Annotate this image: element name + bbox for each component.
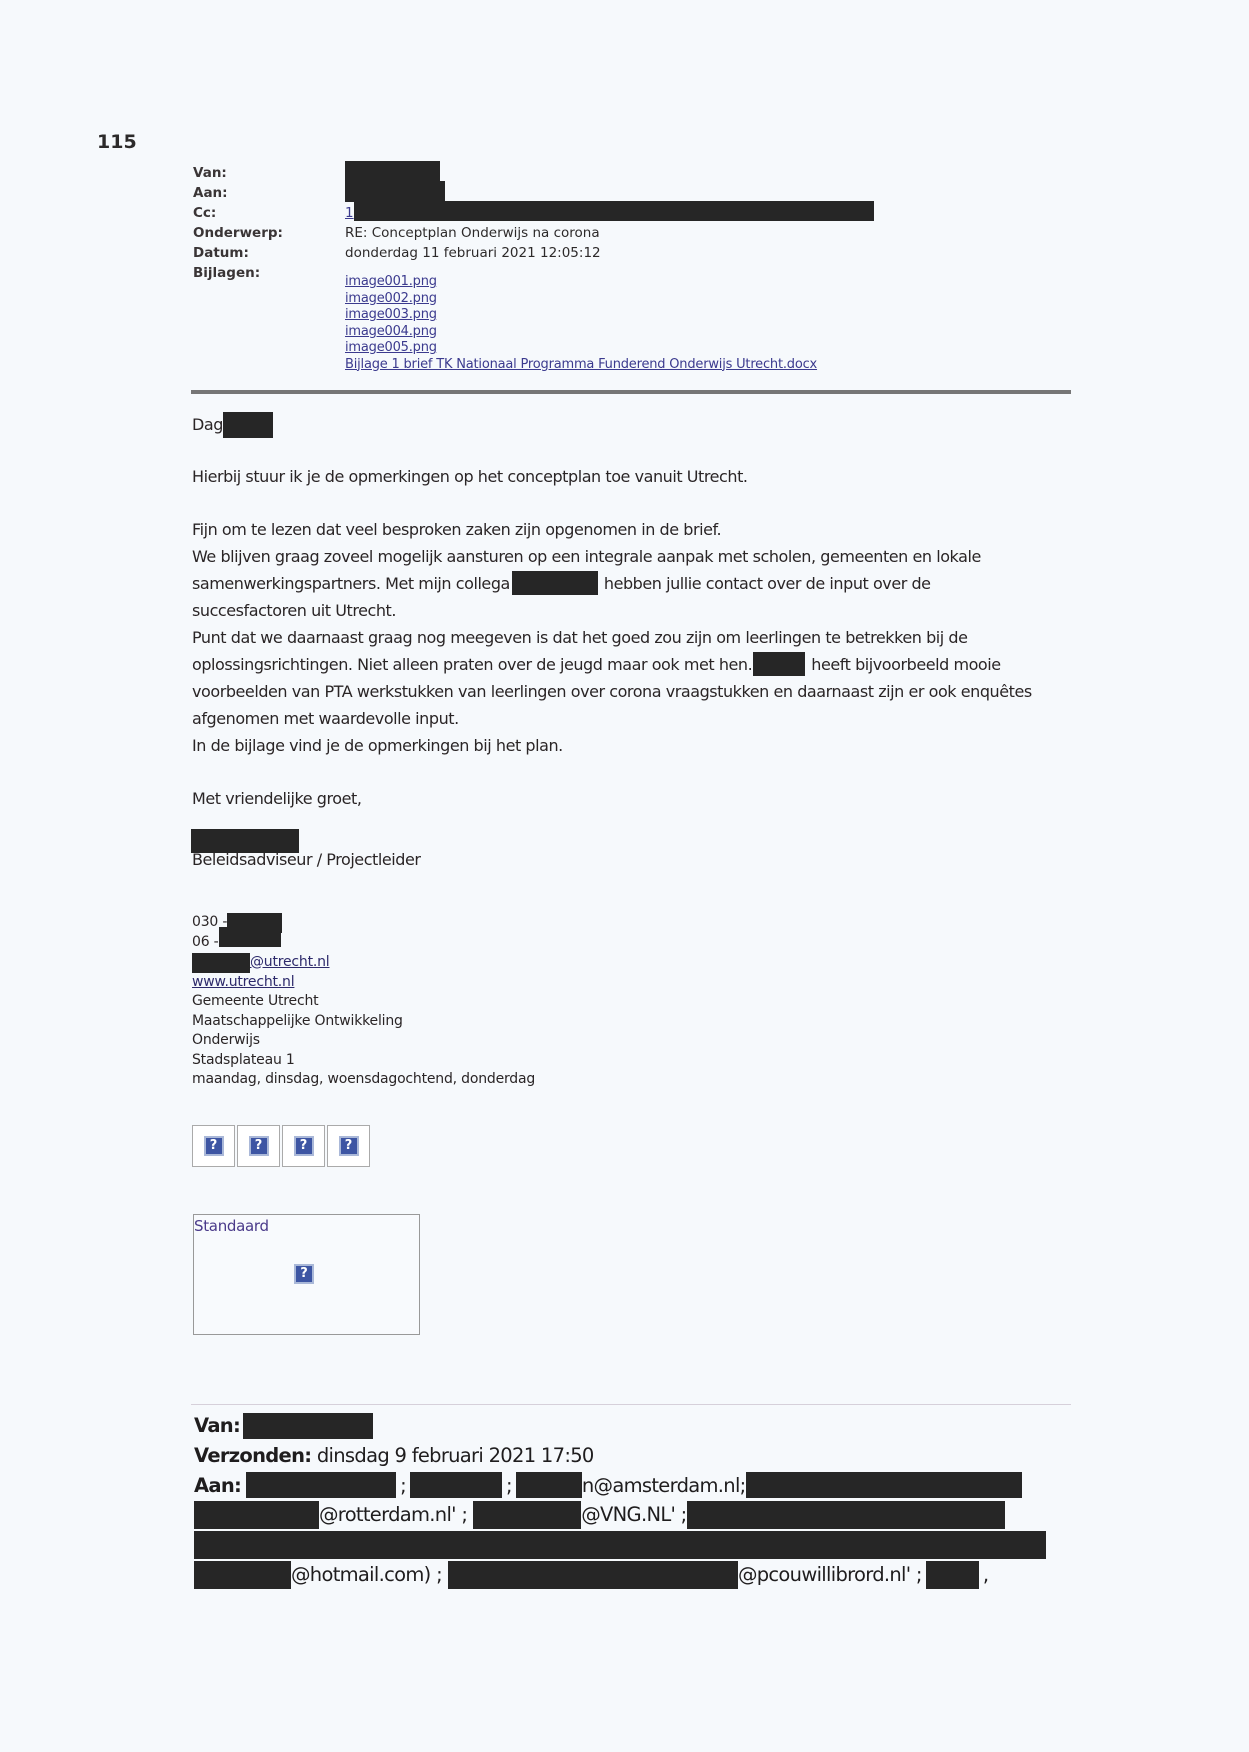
redacted-to	[345, 181, 445, 202]
department: Maatschappelijke Ontwikkeling	[192, 1012, 535, 1032]
subject-value: RE: Conceptplan Onderwijs na corona	[345, 223, 874, 243]
redacted-phone	[219, 927, 281, 947]
fwd-sent-label: Verzonden:	[194, 1444, 311, 1467]
image-placeholder[interactable]: ?	[237, 1125, 280, 1167]
email: @utrecht.nl	[192, 953, 535, 973]
redacted-colleague	[512, 571, 598, 595]
redacted-cc	[354, 201, 874, 221]
email-header-labels: Van: Aan: Cc: Onderwerp: Datum: Bijlagen…	[193, 163, 283, 283]
forwarded-to-line1: Aan:;;n@amsterdam.nl;	[194, 1472, 1022, 1500]
address: Stadsplateau 1	[192, 1051, 535, 1071]
broken-image-icon: ?	[294, 1136, 314, 1156]
redacted-sender	[243, 1413, 373, 1439]
greeting: Dag	[192, 415, 223, 434]
website-link[interactable]: www.utrecht.nl	[192, 974, 294, 990]
redacted-recipient	[194, 1561, 291, 1589]
label-to: Aan:	[193, 183, 283, 203]
forward-divider	[191, 1404, 1071, 1405]
forwarded-from: Van:	[194, 1412, 373, 1440]
image-placeholder[interactable]: ?	[327, 1125, 370, 1167]
closing: Met vriendelijke groet,	[192, 785, 361, 812]
redacted-recipient-line	[194, 1531, 1046, 1559]
body-text-fragment: hebben jullie contact over de input over…	[604, 574, 931, 593]
page-number: 115	[97, 131, 137, 153]
redacted-recipient	[473, 1501, 581, 1529]
attachment-link[interactable]: image004.png	[345, 324, 817, 341]
label-attachments: Bijlagen:	[193, 263, 283, 283]
redacted-name	[223, 412, 273, 438]
attachment-link[interactable]: image001.png	[345, 274, 817, 291]
redacted-email-user	[192, 953, 250, 973]
recipient-email: @pcouwillibrord.nl' ;	[738, 1563, 922, 1586]
unit: Onderwijs	[192, 1031, 535, 1051]
forwarded-to-line4: @hotmail.com) ;@pcouwillibrord.nl' ;,	[194, 1561, 988, 1589]
body-paragraphs: Fijn om te lezen dat veel besproken zake…	[192, 516, 1032, 759]
recipient-email: @VNG.NL' ;	[581, 1503, 686, 1526]
greeting-line: Dag	[192, 412, 273, 438]
cc-prefix: 1	[345, 205, 354, 221]
body-line: afgenomen met waardevolle input.	[192, 705, 1032, 732]
fwd-to-label: Aan:	[194, 1474, 241, 1497]
email-link[interactable]: @utrecht.nl	[250, 954, 330, 970]
body-line: oplossingsrichtingen. Niet alleen praten…	[192, 651, 1032, 678]
date-value: donderdag 11 februari 2021 12:05:12	[345, 243, 874, 263]
redacted-recipient	[194, 1501, 319, 1529]
label-cc: Cc:	[193, 203, 283, 223]
recipient-email: n@amsterdam.nl;	[582, 1474, 746, 1497]
attachment-link[interactable]: image003.png	[345, 307, 817, 324]
body-text-fragment: oplossingsrichtingen. Niet alleen praten…	[192, 655, 752, 674]
attachment-link[interactable]: Bijlage 1 brief TK Nationaal Programma F…	[345, 357, 817, 374]
org-name: Gemeente Utrecht	[192, 992, 535, 1012]
body-line: succesfactoren uit Utrecht.	[192, 597, 1032, 624]
intro-paragraph: Hierbij stuur ik je de opmerkingen op he…	[192, 463, 748, 490]
body-line: Fijn om te lezen dat veel besproken zake…	[192, 516, 1032, 543]
redacted-recipient	[687, 1501, 1005, 1529]
broken-image-icon: ?	[249, 1136, 269, 1156]
body-line: In de bijlage vind je de opmerkingen bij…	[192, 732, 1032, 759]
recipient-email: @hotmail.com) ;	[291, 1563, 442, 1586]
social-icons-row: ? ? ? ?	[192, 1125, 370, 1167]
header-divider	[191, 390, 1071, 394]
signature-block: 030 - 06 - @utrecht.nl www.utrecht.nl Ge…	[192, 913, 535, 1090]
attachment-link[interactable]: image002.png	[345, 291, 817, 308]
forwarded-sent: Verzonden: dinsdag 9 februari 2021 17:50	[194, 1442, 594, 1470]
signature-title: Beleidsadviseur / Projectleider	[192, 846, 421, 873]
phone-mobile: 06 -	[192, 933, 535, 953]
phone-prefix: 06 -	[192, 934, 219, 950]
fwd-sent-value: dinsdag 9 februari 2021 17:50	[311, 1444, 593, 1467]
redacted-recipient	[246, 1472, 396, 1498]
separator: ;	[506, 1474, 512, 1497]
attachment-link[interactable]: image005.png	[345, 340, 817, 357]
separator: ;	[400, 1474, 406, 1497]
standard-label: Standaard	[194, 1217, 269, 1235]
redacted-recipient	[926, 1561, 979, 1589]
image-placeholder[interactable]: ?	[192, 1125, 235, 1167]
email-header-values: 1 RE: Conceptplan Onderwijs na corona do…	[345, 163, 874, 263]
label-date: Datum:	[193, 243, 283, 263]
redacted-recipient	[516, 1472, 582, 1498]
label-from: Van:	[193, 163, 283, 183]
label-subject: Onderwerp:	[193, 223, 283, 243]
redacted-recipient	[746, 1472, 1022, 1498]
redacted-name	[753, 652, 805, 676]
redacted-recipient	[448, 1561, 738, 1589]
redacted-recipient	[410, 1472, 502, 1498]
separator: ,	[983, 1563, 989, 1586]
body-text-fragment: samenwerkingspartners. Met mijn collega	[192, 574, 510, 593]
recipient-email: @rotterdam.nl' ;	[319, 1503, 467, 1526]
workdays: maandag, dinsdag, woensdagochtend, donde…	[192, 1070, 535, 1090]
broken-image-icon: ?	[339, 1136, 359, 1156]
forwarded-to-line2: @rotterdam.nl' ;@VNG.NL' ;	[194, 1501, 1005, 1529]
body-line: voorbeelden van PTA werkstukken van leer…	[192, 678, 1032, 705]
body-line: We blijven graag zoveel mogelijk aanstur…	[192, 543, 1032, 570]
image-placeholder[interactable]: ?	[282, 1125, 325, 1167]
attachment-list: image001.png image002.png image003.png i…	[345, 274, 817, 373]
fwd-from-label: Van:	[194, 1414, 240, 1437]
broken-image-icon: ?	[294, 1264, 314, 1284]
broken-image-icon: ?	[204, 1136, 224, 1156]
body-line: Punt dat we daarnaast graag nog meegeven…	[192, 624, 1032, 651]
standard-image-box[interactable]: Standaard ?	[193, 1214, 420, 1335]
body-text-fragment: heeft bijvoorbeeld mooie	[811, 655, 1000, 674]
body-line: samenwerkingspartners. Met mijn collegah…	[192, 570, 1032, 597]
